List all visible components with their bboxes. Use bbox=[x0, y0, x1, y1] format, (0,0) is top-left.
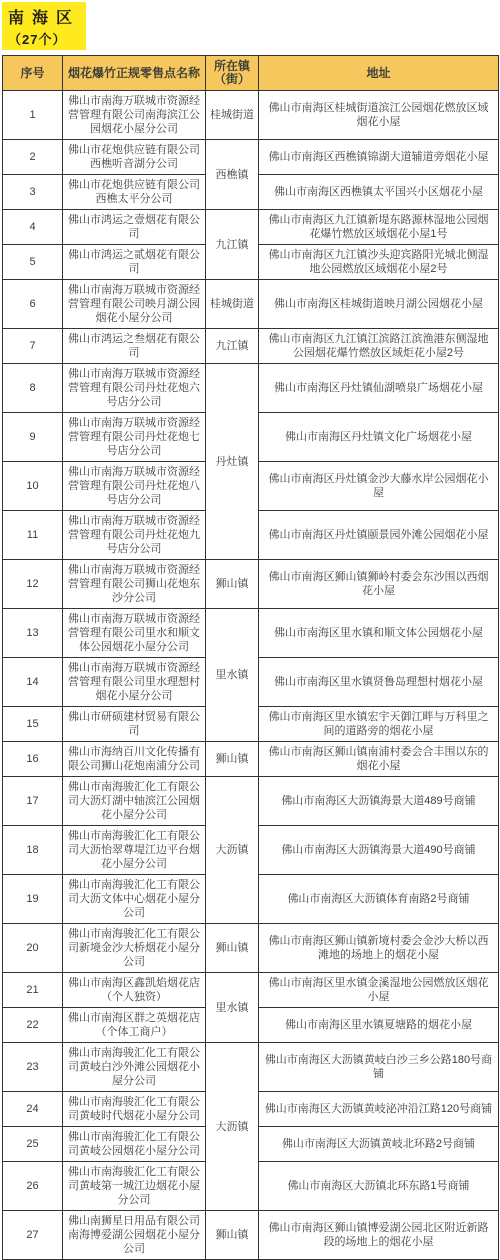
row-number-cell: 6 bbox=[3, 280, 63, 329]
row-number-cell: 2 bbox=[3, 140, 63, 175]
retailer-name-cell: 佛山市海纳百川文化传播有限公司狮山花炮南浦分公司 bbox=[63, 742, 206, 777]
table-row: 4佛山市鸿运之壹烟花有限公司九江镇佛山市南海区九江镇新堤东路源林湿地公园烟花爆竹… bbox=[3, 210, 499, 245]
retailer-name-cell: 佛山市南海万联城市资源经营管理有限公司南海滨江公园烟花小屋分公司 bbox=[63, 91, 206, 140]
address-cell: 佛山市南海区大沥镇北环东路1号商铺 bbox=[259, 1162, 499, 1211]
row-number-cell: 4 bbox=[3, 210, 63, 245]
address-cell: 佛山市南海区丹灶镇文化广场烟花小屋 bbox=[259, 413, 499, 462]
table-row: 8佛山市南海万联城市资源经营管理有限公司丹灶花炮六号店分公司丹灶镇佛山市南海区丹… bbox=[3, 364, 499, 413]
retailer-name-cell: 佛山市南海骏汇化工有限公司黄岐白沙外滩公园烟花小屋分公司 bbox=[63, 1043, 206, 1092]
col-header-no: 序号 bbox=[3, 56, 63, 91]
retailer-name-cell: 佛山市南海万联城市资源经营管理有限公司映月湖公园烟花小屋分公司 bbox=[63, 280, 206, 329]
retailer-name-cell: 佛山市南海万联城市资源经营管理有限公司丹灶花炮六号店分公司 bbox=[63, 364, 206, 413]
table-row: 20佛山市南海骏汇化工有限公司新境金沙大桥烟花小屋分公司狮山镇佛山市南海区狮山镇… bbox=[3, 924, 499, 973]
table-row: 2佛山市花炮供应链有限公司西樵听音湖分公司西樵镇佛山市南海区西樵镇锦湖大道辅道旁… bbox=[3, 140, 499, 175]
address-cell: 佛山市南海区丹灶镇仙湖喷泉广场烟花小屋 bbox=[259, 364, 499, 413]
col-header-address: 地址 bbox=[259, 56, 499, 91]
retailer-name-cell: 佛山市鸿运之贰烟花有限公司 bbox=[63, 245, 206, 280]
address-cell: 佛山市南海区狮山镇狮岭村委会东沙围以西烟花小屋 bbox=[259, 560, 499, 609]
town-cell: 丹灶镇 bbox=[206, 364, 259, 560]
district-title-badge: 南海区 （27个） bbox=[2, 2, 86, 50]
row-number-cell: 1 bbox=[3, 91, 63, 140]
row-number-cell: 23 bbox=[3, 1043, 63, 1092]
address-cell: 佛山市南海区西樵镇太平国兴小区烟花小屋 bbox=[259, 175, 499, 210]
row-number-cell: 16 bbox=[3, 742, 63, 777]
address-cell: 佛山市南海区桂城街道映月湖公园烟花小屋 bbox=[259, 280, 499, 329]
retailer-name-cell: 佛山市南海区群之英烟花店（个体工商户） bbox=[63, 1008, 206, 1043]
town-cell: 狮山镇 bbox=[206, 924, 259, 973]
town-cell: 狮山镇 bbox=[206, 560, 259, 609]
address-cell: 佛山市南海区里水镇宏宇天御江畔与万科里之间的道路旁的烟花小屋 bbox=[259, 707, 499, 742]
town-cell: 桂城街道 bbox=[206, 91, 259, 140]
retailer-name-cell: 佛山市南海万联城市资源经营管理有限公司丹灶花炮八号店分公司 bbox=[63, 462, 206, 511]
address-cell: 佛山市南海区九江镇新堤东路源林湿地公园烟花爆竹燃放区域烟花小屋1号 bbox=[259, 210, 499, 245]
address-cell: 佛山市南海区九江镇沙头迎宾路阳光城北侧湿地公园燃放区域烟花小屋2号 bbox=[259, 245, 499, 280]
retailer-name-cell: 佛山市南海骏汇化工有限公司黄岐时代烟花小屋分公司 bbox=[63, 1092, 206, 1127]
retailer-name-cell: 佛山市南海骏汇化工有限公司新境金沙大桥烟花小屋分公司 bbox=[63, 924, 206, 973]
retailer-name-cell: 佛山市研硕建材贸易有限公司 bbox=[63, 707, 206, 742]
address-cell: 佛山市南海区狮山镇博爱湖公园北区附近新路段的场地上的烟花小屋 bbox=[259, 1211, 499, 1260]
address-cell: 佛山市南海区大沥镇海景大道490号商铺 bbox=[259, 826, 499, 875]
table-header-row: 序号 烟花爆竹正规零售点名称 所在镇 （街） 地址 bbox=[3, 56, 499, 91]
table-row: 27佛山南狮星日用品有限公司南海博爱湖公园烟花小屋分公司狮山镇佛山市南海区狮山镇… bbox=[3, 1211, 499, 1260]
row-number-cell: 11 bbox=[3, 511, 63, 560]
retailer-name-cell: 佛山市鸿运之壹烟花有限公司 bbox=[63, 210, 206, 245]
town-cell: 里水镇 bbox=[206, 973, 259, 1043]
table-row: 7佛山市鸿运之叁烟花有限公司九江镇佛山市南海区九江镇江滨路江滨渔港东侧湿地公园烟… bbox=[3, 329, 499, 364]
retailer-name-cell: 佛山市南海万联城市资源经营管理有限公司狮山花炮东沙分公司 bbox=[63, 560, 206, 609]
row-number-cell: 13 bbox=[3, 609, 63, 658]
address-cell: 佛山市南海区里水镇夏塘路的烟花小屋 bbox=[259, 1008, 499, 1043]
table-row: 13佛山市南海万联城市资源经营管理有限公司里水和顺文体公园烟花小屋分公司里水镇佛… bbox=[3, 609, 499, 658]
town-cell: 大沥镇 bbox=[206, 777, 259, 924]
town-cell: 里水镇 bbox=[206, 609, 259, 742]
row-number-cell: 21 bbox=[3, 973, 63, 1008]
row-number-cell: 25 bbox=[3, 1127, 63, 1162]
retailer-name-cell: 佛山市南海万联城市资源经营管理有限公司里水理想村烟花小屋分公司 bbox=[63, 658, 206, 707]
row-number-cell: 12 bbox=[3, 560, 63, 609]
address-cell: 佛山市南海区大沥镇黄岐白沙三乡公路180号商铺 bbox=[259, 1043, 499, 1092]
town-cell: 西樵镇 bbox=[206, 140, 259, 210]
row-number-cell: 9 bbox=[3, 413, 63, 462]
row-number-cell: 22 bbox=[3, 1008, 63, 1043]
row-number-cell: 10 bbox=[3, 462, 63, 511]
address-cell: 佛山市南海区狮山镇新境村委会金沙大桥以西滩地的场地上的烟花小屋 bbox=[259, 924, 499, 973]
row-number-cell: 27 bbox=[3, 1211, 63, 1260]
address-cell: 佛山市南海区里水镇贤鲁岛理想村烟花小屋 bbox=[259, 658, 499, 707]
table-row: 17佛山市南海骏汇化工有限公司大沥灯湖中轴滨江公园烟花小屋分公司大沥镇佛山市南海… bbox=[3, 777, 499, 826]
town-cell: 大沥镇 bbox=[206, 1043, 259, 1211]
address-cell: 佛山市南海区大沥镇黄岐北环路2号商铺 bbox=[259, 1127, 499, 1162]
row-number-cell: 14 bbox=[3, 658, 63, 707]
address-cell: 佛山市南海区里水镇和顺文体公园烟花小屋 bbox=[259, 609, 499, 658]
address-cell: 佛山市南海区九江镇江滨路江滨渔港东侧湿地公园烟花爆竹燃放区域炬花小屋2号 bbox=[259, 329, 499, 364]
fireworks-retail-list-page: 南海区 （27个） 序号 烟花爆竹正规零售点名称 所在镇 （街） 地址 1佛山市… bbox=[0, 0, 500, 1260]
address-cell: 佛山市南海区狮山镇南浦村委会合丰围以东的烟花小屋 bbox=[259, 742, 499, 777]
retailer-name-cell: 佛山市南海万联城市资源经营管理有限公司丹灶花炮九号店分公司 bbox=[63, 511, 206, 560]
table-header: 序号 烟花爆竹正规零售点名称 所在镇 （街） 地址 bbox=[3, 56, 499, 91]
district-name: 南海区 bbox=[8, 5, 80, 28]
row-number-cell: 26 bbox=[3, 1162, 63, 1211]
table-row: 6佛山市南海万联城市资源经营管理有限公司映月湖公园烟花小屋分公司桂城街道佛山市南… bbox=[3, 280, 499, 329]
table-row: 21佛山市南海区鑫凯焰烟花店（个人独资）里水镇佛山市南海区里水镇金溪湿地公园燃放… bbox=[3, 973, 499, 1008]
row-number-cell: 7 bbox=[3, 329, 63, 364]
district-count: （27个） bbox=[8, 29, 80, 48]
retailer-name-cell: 佛山市南海骏汇化工有限公司黄岐第一城江边烟花小屋分公司 bbox=[63, 1162, 206, 1211]
town-cell: 狮山镇 bbox=[206, 1211, 259, 1260]
retailer-name-cell: 佛山南狮星日用品有限公司南海博爱湖公园烟花小屋分公司 bbox=[63, 1211, 206, 1260]
town-cell: 桂城街道 bbox=[206, 280, 259, 329]
row-number-cell: 8 bbox=[3, 364, 63, 413]
retailer-name-cell: 佛山市南海骏汇化工有限公司黄岐公园烟花小屋分公司 bbox=[63, 1127, 206, 1162]
retailer-name-cell: 佛山市南海骏汇化工有限公司大沥灯湖中轴滨江公园烟花小屋分公司 bbox=[63, 777, 206, 826]
retailer-name-cell: 佛山市南海万联城市资源经营管理有限公司丹灶花炮七号店分公司 bbox=[63, 413, 206, 462]
retailer-name-cell: 佛山市南海骏汇化工有限公司大沥怡翠尊堤江边平台烟花小屋分公司 bbox=[63, 826, 206, 875]
col-header-town: 所在镇 （街） bbox=[206, 56, 259, 91]
row-number-cell: 19 bbox=[3, 875, 63, 924]
col-header-name: 烟花爆竹正规零售点名称 bbox=[63, 56, 206, 91]
address-cell: 佛山市南海区桂城街道滨江公园烟花燃放区域烟花小屋 bbox=[259, 91, 499, 140]
row-number-cell: 15 bbox=[3, 707, 63, 742]
table-row: 16佛山市海纳百川文化传播有限公司狮山花炮南浦分公司狮山镇佛山市南海区狮山镇南浦… bbox=[3, 742, 499, 777]
address-cell: 佛山市南海区丹灶镇金沙大藤水岸公园烟花小屋 bbox=[259, 462, 499, 511]
town-cell: 九江镇 bbox=[206, 210, 259, 280]
row-number-cell: 3 bbox=[3, 175, 63, 210]
address-cell: 佛山市南海区里水镇金溪湿地公园燃放区烟花小屋 bbox=[259, 973, 499, 1008]
retailer-name-cell: 佛山市南海万联城市资源经营管理有限公司里水和顺文体公园烟花小屋分公司 bbox=[63, 609, 206, 658]
address-cell: 佛山市南海区大沥镇海景大道489号商铺 bbox=[259, 777, 499, 826]
row-number-cell: 17 bbox=[3, 777, 63, 826]
retailer-name-cell: 佛山市花炮供应链有限公司西樵听音湖分公司 bbox=[63, 140, 206, 175]
retailer-name-cell: 佛山市南海骏汇化工有限公司大沥文体中心烟花小屋分公司 bbox=[63, 875, 206, 924]
address-cell: 佛山市南海区大沥镇体育南路2号商铺 bbox=[259, 875, 499, 924]
retailer-name-cell: 佛山市花炮供应链有限公司西樵太平分公司 bbox=[63, 175, 206, 210]
row-number-cell: 20 bbox=[3, 924, 63, 973]
address-cell: 佛山市南海区大沥镇黄岐泌冲沿江路120号商铺 bbox=[259, 1092, 499, 1127]
table-row: 1佛山市南海万联城市资源经营管理有限公司南海滨江公园烟花小屋分公司桂城街道佛山市… bbox=[3, 91, 499, 140]
town-cell: 九江镇 bbox=[206, 329, 259, 364]
table-row: 12佛山市南海万联城市资源经营管理有限公司狮山花炮东沙分公司狮山镇佛山市南海区狮… bbox=[3, 560, 499, 609]
retailer-name-cell: 佛山市鸿运之叁烟花有限公司 bbox=[63, 329, 206, 364]
retailer-name-cell: 佛山市南海区鑫凯焰烟花店（个人独资） bbox=[63, 973, 206, 1008]
table-row: 23佛山市南海骏汇化工有限公司黄岐白沙外滩公园烟花小屋分公司大沥镇佛山市南海区大… bbox=[3, 1043, 499, 1092]
town-cell: 狮山镇 bbox=[206, 742, 259, 777]
table-body: 1佛山市南海万联城市资源经营管理有限公司南海滨江公园烟花小屋分公司桂城街道佛山市… bbox=[3, 91, 499, 1260]
row-number-cell: 18 bbox=[3, 826, 63, 875]
address-cell: 佛山市南海区西樵镇锦湖大道辅道旁烟花小屋 bbox=[259, 140, 499, 175]
address-cell: 佛山市南海区丹灶镇颐景园外滩公园烟花小屋 bbox=[259, 511, 499, 560]
row-number-cell: 5 bbox=[3, 245, 63, 280]
row-number-cell: 24 bbox=[3, 1092, 63, 1127]
retail-points-table: 序号 烟花爆竹正规零售点名称 所在镇 （街） 地址 1佛山市南海万联城市资源经营… bbox=[2, 55, 499, 1260]
